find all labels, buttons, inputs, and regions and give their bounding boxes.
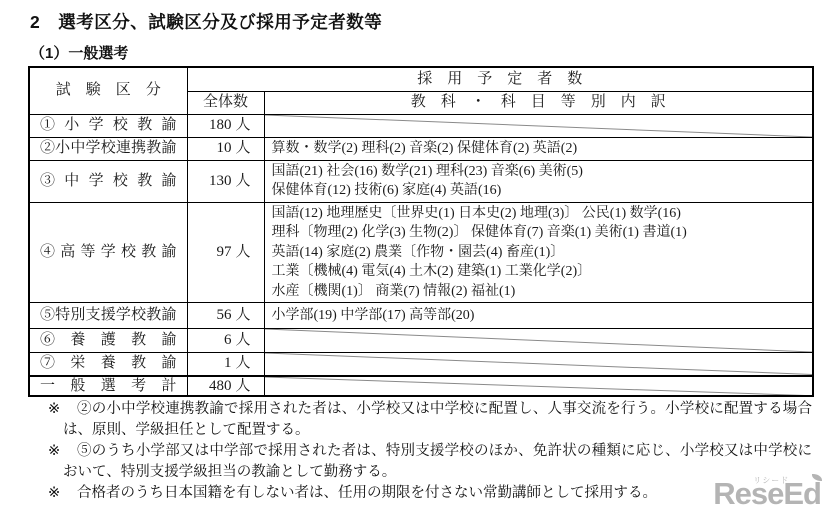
table-row: ②小中学校連携教諭 10人 算数・数学(2) 理科(2) 音楽(2) 保健体育(… (29, 137, 813, 160)
table-row: ⑦栄養教諭 1人 (29, 353, 813, 376)
count-unit: 人 (235, 173, 250, 189)
row-label: ⑦栄養教諭 (29, 353, 187, 376)
row-count: 130人 (187, 160, 264, 202)
total-row: 一般選考計 480人 (29, 376, 813, 397)
reference-mark: ※ (48, 483, 60, 504)
count-unit: 人 (235, 140, 250, 156)
row-label: 一般選考計 (29, 376, 187, 397)
empty-cell-diagonal-icon (265, 377, 813, 396)
note-text: ②の小中学校連携教諭で採用された者は、小学校又は中学校に配置し、人事交流を行う。… (63, 399, 812, 441)
note-item: ※ ②の小中学校連携教諭で採用された者は、小学校又は中学校に配置し、人事交流を行… (30, 399, 812, 441)
count-value: 10 (216, 140, 231, 156)
row-detail-empty (264, 114, 813, 137)
notes-section: ※ ②の小中学校連携教諭で採用された者は、小学校又は中学校に配置し、人事交流を行… (30, 399, 812, 504)
count-unit: 人 (235, 378, 250, 394)
row-detail-empty (264, 329, 813, 353)
note-text: ⑤のうち小学部又は中学部で採用された者は、特別支援学校のほか、免許状の種類に応じ… (63, 441, 812, 483)
row-detail: 小学部(19) 中学部(17) 高等部(20) (264, 303, 813, 329)
count-value: 6 (224, 332, 232, 348)
count-value: 130 (209, 173, 232, 189)
page-title: 2 選考区分、試験区分及び採用予定者数等 (30, 9, 826, 34)
row-detail-empty (264, 353, 813, 376)
exam-table: 試 験 区 分 採 用 予 定 者 数 全体数 教 科 ・ 科 目 等 別 内 … (28, 66, 814, 397)
reference-mark: ※ (48, 441, 60, 462)
note-item: ※ ⑤のうち小学部又は中学部で採用された者は、特別支援学校のほか、免許状の種類に… (30, 441, 812, 483)
count-unit: 人 (235, 307, 250, 323)
row-label: ③中学校教諭 (29, 160, 187, 202)
row-detail: 算数・数学(2) 理科(2) 音楽(2) 保健体育(2) 英語(2) (264, 137, 813, 160)
table-row: ①小学校教諭 180人 (29, 114, 813, 137)
row-label: ②小中学校連携教諭 (29, 137, 187, 160)
row-label: ①小学校教諭 (29, 114, 187, 137)
row-count: 480人 (187, 376, 264, 397)
empty-cell-diagonal-icon (265, 353, 813, 375)
reference-mark: ※ (48, 399, 60, 420)
count-value: 480 (209, 378, 232, 394)
row-count: 56人 (187, 303, 264, 329)
row-detail: 国語(12) 地理歴史〔世界史(1) 日本史(2) 地理(3)〕 公民(1) 数… (264, 202, 813, 303)
count-value: 56 (216, 307, 231, 323)
table-row: ③中学校教諭 130人 国語(21) 社会(16) 数学(21) 理科(23) … (29, 160, 813, 202)
count-unit: 人 (235, 332, 250, 348)
count-unit: 人 (235, 355, 250, 371)
row-label: ④高等学校教諭 (29, 202, 187, 303)
empty-cell-diagonal-icon (265, 115, 813, 137)
header-breakdown: 教 科 ・ 科 目 等 別 内 訳 (264, 91, 813, 114)
header-exam-category: 試 験 区 分 (29, 67, 187, 114)
section-label: （1）一般選考 (30, 42, 826, 63)
header-total-count: 全体数 (187, 91, 264, 114)
count-value: 1 (224, 355, 232, 371)
note-item: ※ 合格者のうち日本国籍を有しない者は、任用の期限を付さない常勤講師として採用す… (30, 483, 812, 504)
row-detail: 国語(21) 社会(16) 数学(21) 理科(23) 音楽(6) 美術(5) … (264, 160, 813, 202)
table-row: ⑤特別支援学校教諭 56人 小学部(19) 中学部(17) 高等部(20) (29, 303, 813, 329)
row-count: 1人 (187, 353, 264, 376)
row-label: ⑥養護教諭 (29, 329, 187, 353)
table-row: ⑥養護教諭 6人 (29, 329, 813, 353)
watermark-ruby-label: リシード (753, 475, 789, 486)
row-count: 180人 (187, 114, 264, 137)
empty-cell-diagonal-icon (265, 329, 813, 352)
reseed-watermark-logo: リシード ReseEd (713, 478, 821, 509)
row-count: 10人 (187, 137, 264, 160)
count-unit: 人 (235, 244, 250, 260)
row-count: 97人 (187, 202, 264, 303)
table-row: ④高等学校教諭 97人 国語(12) 地理歴史〔世界史(1) 日本史(2) 地理… (29, 202, 813, 303)
row-count: 6人 (187, 329, 264, 353)
row-label: ⑤特別支援学校教諭 (29, 303, 187, 329)
header-planned-hires: 採 用 予 定 者 数 (187, 67, 813, 91)
count-value: 180 (209, 117, 232, 133)
count-value: 97 (216, 244, 231, 260)
count-unit: 人 (235, 117, 250, 133)
header-row-1: 試 験 区 分 採 用 予 定 者 数 (29, 67, 813, 91)
row-detail-empty (264, 376, 813, 397)
note-text: 合格者のうち日本国籍を有しない者は、任用の期限を付さない常勤講師として採用する。 (63, 483, 812, 504)
